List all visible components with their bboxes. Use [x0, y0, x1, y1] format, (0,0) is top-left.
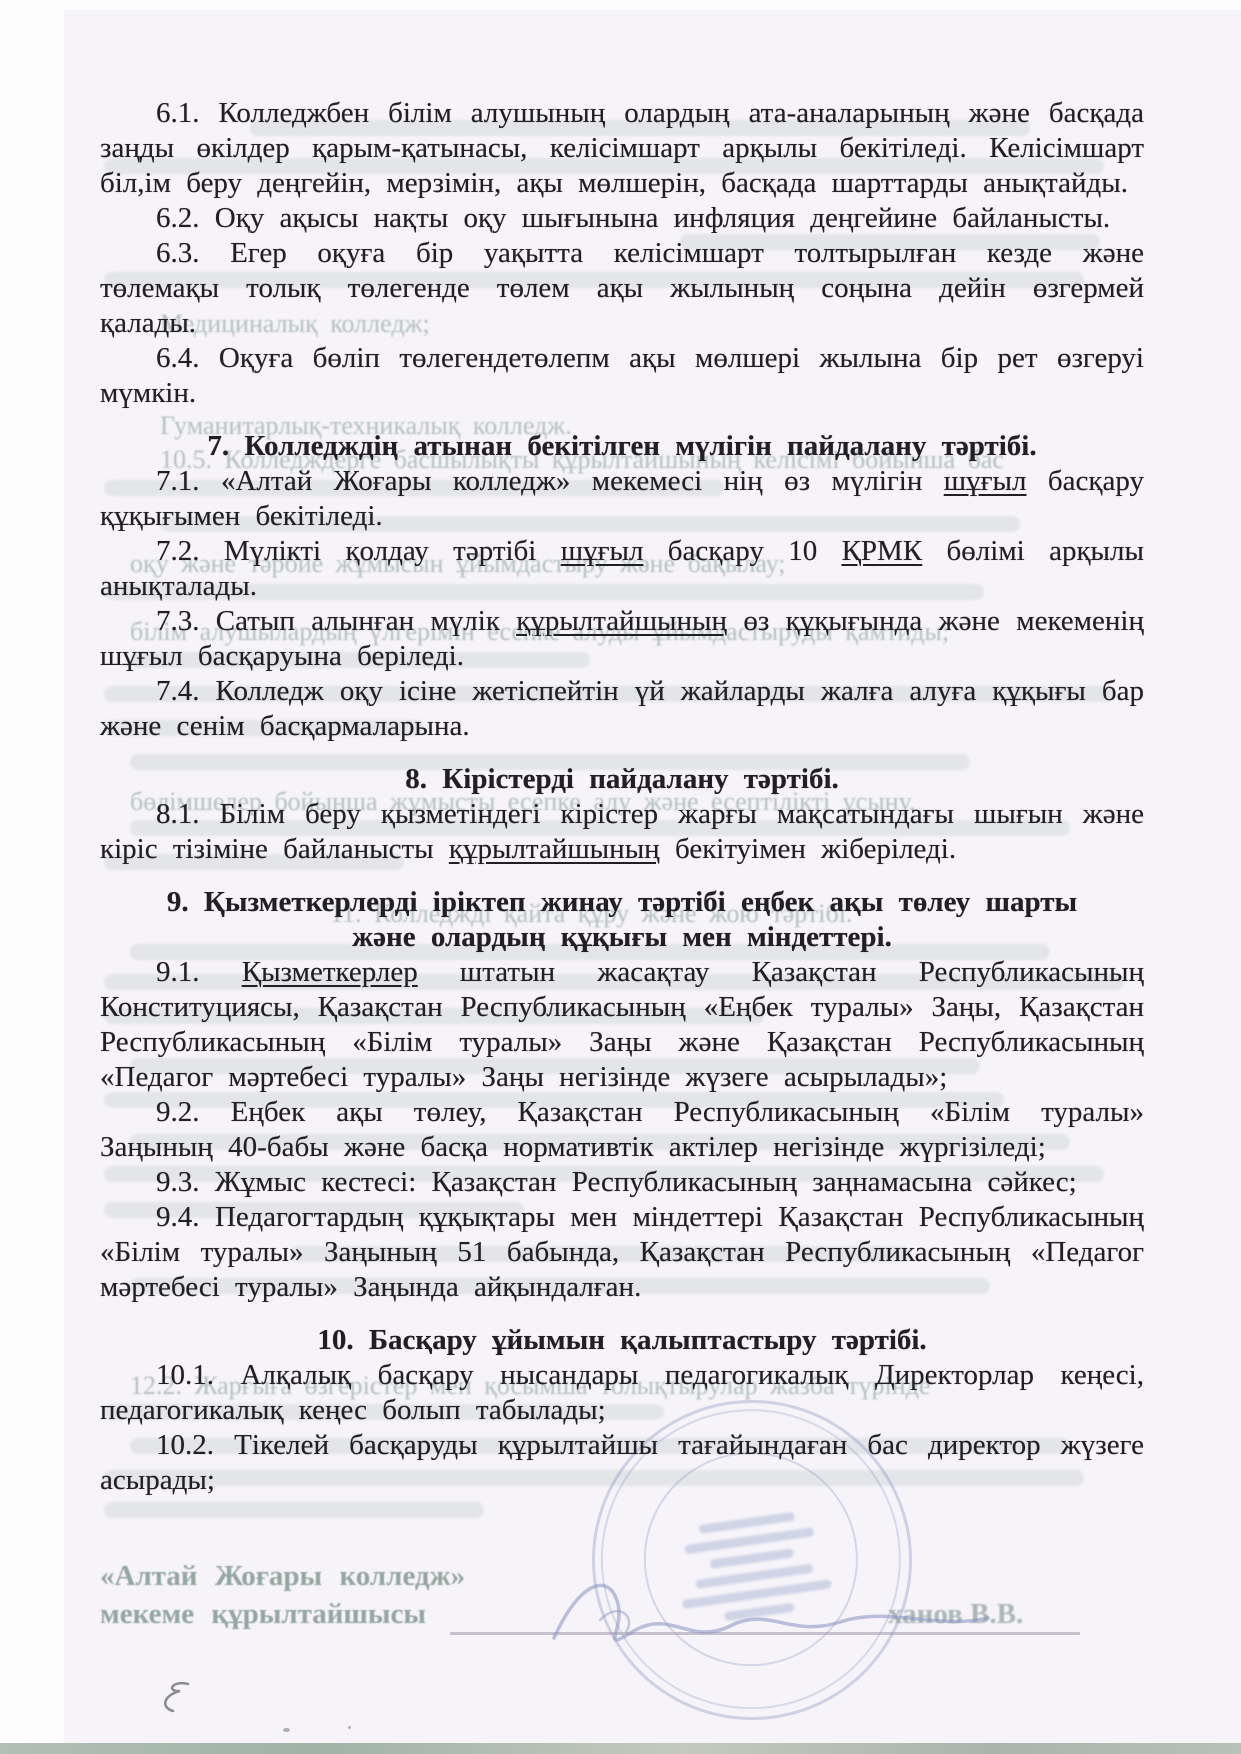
- paragraph: 7.1. «Алтай Жоғары колледж» мекемесі нің…: [100, 464, 1144, 534]
- paragraph: 6.4. Оқуға бөліп төлегендетөлепм ақы мөл…: [100, 341, 1144, 411]
- org-name: «Алтай Жоғары колледж»: [100, 1560, 465, 1593]
- paragraph: 9.3. Жұмыс кестесі: Қазақстан Республика…: [100, 1165, 1144, 1200]
- paragraph: 6.2. Оқу ақысы нақты оқу шығынына инфляц…: [100, 201, 1144, 236]
- section-heading: 9. Қызметкерлерді іріктеп жинау тәртібі …: [100, 885, 1144, 955]
- paragraph: 7.4. Колледж оқу ісіне жетіспейтін үй жа…: [100, 674, 1144, 744]
- bleed-through-line: [104, 1502, 484, 1518]
- paragraph: 6.1. Колледжбен білім алушының олардың а…: [100, 96, 1144, 201]
- paragraph: 6.3. Егер оқуға бір уақытта келісімшарт …: [100, 236, 1144, 341]
- scanner-edge-band: [0, 1743, 1241, 1754]
- section-heading: 10. Басқару ұйымын қалыптастыру тәртібі.: [100, 1323, 1144, 1358]
- pen-mark: [150, 1678, 200, 1718]
- scan-speck: [348, 1726, 351, 1729]
- scan-left-margin: [0, 0, 64, 1754]
- paragraph: 10.2. Тікелей басқаруды құрылтайшы тағай…: [100, 1428, 1144, 1498]
- scan-top-margin: [0, 0, 1241, 10]
- paragraph: 9.2. Еңбек ақы төлеу, Қазақстан Республи…: [100, 1095, 1144, 1165]
- document-body: 6.1. Колледжбен білім алушының олардың а…: [100, 96, 1144, 1498]
- paragraph: 9.1. Қызметкерлер штатын жасақтау Қазақс…: [100, 955, 1144, 1095]
- handwritten-signature: [540, 1560, 1000, 1670]
- scan-speck: [283, 1728, 290, 1732]
- paragraph: 7.3. Сатып алынған мүлік құрылтайшының ө…: [100, 604, 1144, 674]
- paragraph: 8.1. Білім беру қызметіндегі кірістер жа…: [100, 797, 1144, 867]
- paragraph: 9.4. Педагогтардың құқықтары мен міндетт…: [100, 1200, 1144, 1305]
- paragraph: 7.2. Мүлікті қолдау тәртібі шұғыл басқар…: [100, 534, 1144, 604]
- org-founder-label: мекеме құрылтайшысы: [100, 1598, 426, 1631]
- section-heading: 8. Кірістерді пайдалану тәртібі.: [100, 762, 1144, 797]
- section-heading: 7. Колледждің атынан бекітілген мүлігін …: [100, 429, 1144, 464]
- scanned-document-page: { "page": { "background": "#f6f4f9", "ma…: [0, 0, 1241, 1754]
- paragraph: 10.1. Алқалық басқару нысандары педагоги…: [100, 1358, 1144, 1428]
